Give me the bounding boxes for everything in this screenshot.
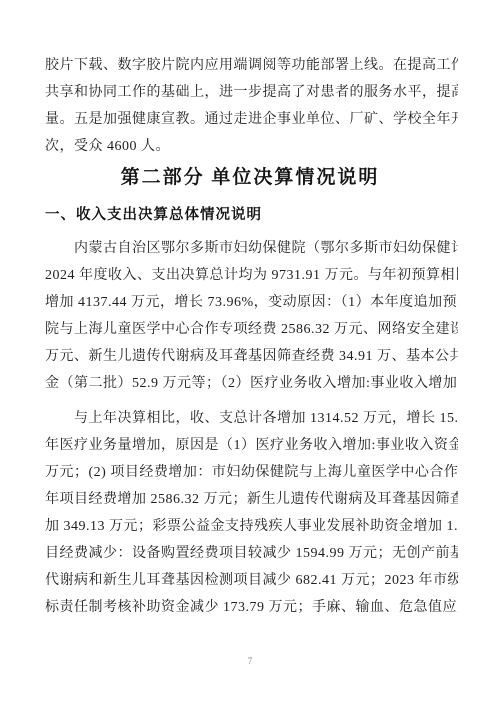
text-line: 与上年决算相比，收、支总计各增加 1314.52 万元，增长 15.62%。其中… [45,405,458,432]
subsection-title: 一、收入支出决算总体情况说明 [45,202,262,229]
text-line: 2024 年度收入、支出决算总计均为 9731.91 万元。与年初预算相比，收、… [45,262,458,289]
text-line: 代谢病和新生儿耳聋基因检测项目减少 682.41 万元；2023 年市级人口和计… [45,567,458,594]
text-line: 万元；(2) 项目经费增加：市妇幼保健院与上海儿童医学中心合作专项经费较 202… [45,459,458,486]
text-line: 年医疗业务量增加，原因是（1）医疗业务收入增加:事业收入资金决算数增加 982.… [45,432,458,459]
text-line: 内蒙古自治区鄂尔多斯市妇幼保健院（鄂尔多斯市妇幼保健计划生育服务中心） [45,235,458,262]
paragraph-budget-vs-lastyear: 与上年决算相比，收、支总计各增加 1314.52 万元，增长 15.62%。其中… [45,405,458,621]
text-line: 标责任制考核补助资金减少 173.79 万元；手麻、输血、危急值应用系统减少 5… [45,594,458,621]
section-title: 第二部分 单位决算情况说明 [0,163,500,193]
text-line: 次，受众 4600 人。 [45,133,458,160]
text-line: 万元、新生儿遗传代谢病及耳聋基因筛查经费 34.91 万、基本公共卫生服务补助资 [45,343,458,370]
text-line: 加 349.13 万元；彩票公益金支持残疾人事业发展补助资金增加 1.05 万元… [45,513,458,540]
text-line: 金（第二批）52.9 万元等；（2）医疗业务收入增加:事业收入增加 921.84… [45,370,458,397]
text-line: 增加 4137.44 万元，增长 73.96%，变动原因：（1）本年度追加预算：… [45,289,458,316]
paragraph-budget-vs-initial: 内蒙古自治区鄂尔多斯市妇幼保健院（鄂尔多斯市妇幼保健计划生育服务中心）2024 … [45,235,458,397]
text-line: 年项目经费增加 2586.32 万元；新生儿遗传代谢病及耳聋基因筛查经费较 20… [45,486,458,513]
text-line: 量。五是加强健康宣教。通过走进企事业单位、厂矿、学校全年开展健康宣教 40 [45,106,458,133]
page-number: 7 [0,652,500,670]
text-line: 胶片下载、数字胶片院内应用端调阅等功能部署上线。在提高工作效率，实现信息 [45,52,458,79]
text-line: 共享和协同工作的基础上，进一步提高了对患者的服务水平，提高了医疗服务的质 [45,79,458,106]
document-page: 胶片下载、数字胶片院内应用端调阅等功能部署上线。在提高工作效率，实现信息共享和协… [0,0,500,707]
text-line: 目经费减少：设备购置经费项目较减少 1594.99 万元；无创产前基因、新生儿遗… [45,540,458,567]
paragraph-work-summary: 胶片下载、数字胶片院内应用端调阅等功能部署上线。在提高工作效率，实现信息共享和协… [45,52,458,160]
text-line: 院与上海儿童医学中心合作专项经费 2586.32 万元、网络安全建设项目经费 4… [45,316,458,343]
